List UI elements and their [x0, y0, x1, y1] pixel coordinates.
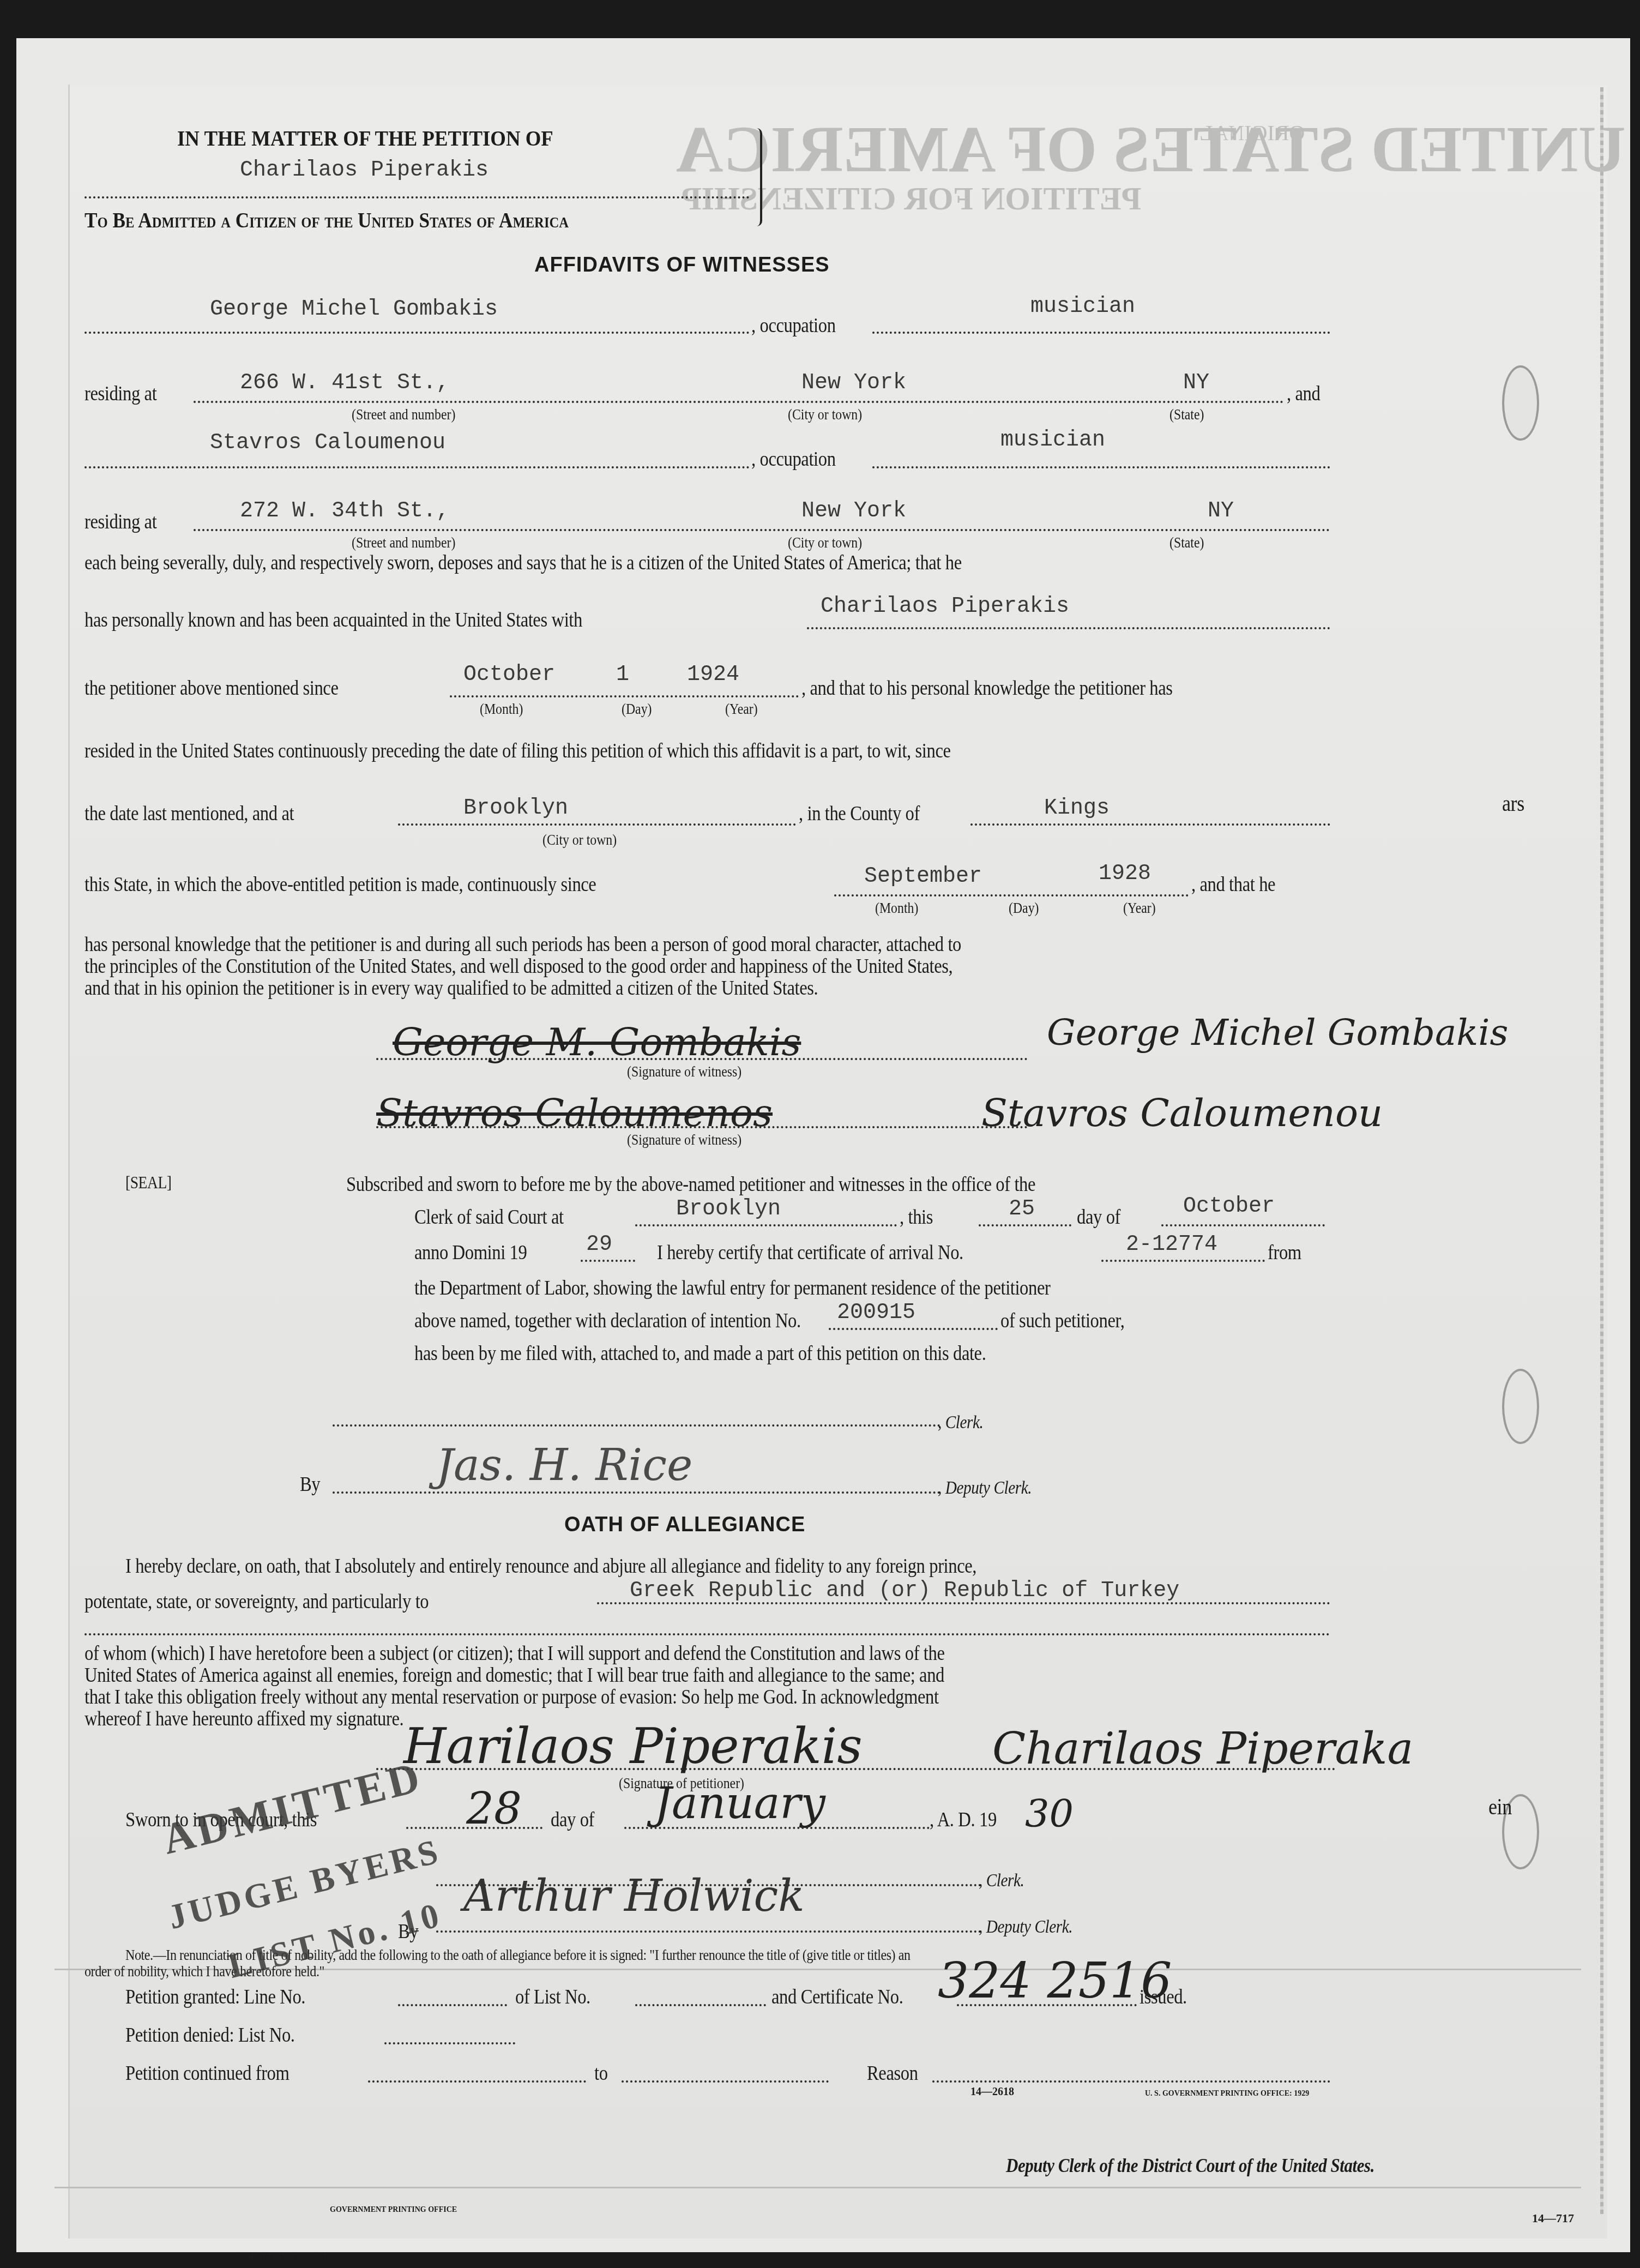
underline [85, 196, 750, 198]
matter-heading: IN THE MATTER OF THE PETITION OF [177, 125, 553, 151]
oath-line: of whom (which) I have heretofore been a… [85, 1641, 945, 1665]
disposition-line: issued. [1139, 1985, 1187, 2009]
deputy-clerk-signature: Arthur Holwick [463, 1870, 805, 1921]
underline [194, 529, 1330, 531]
jurat-line: , this [900, 1205, 933, 1229]
caption-city: (City or town) [542, 832, 617, 849]
resided-city: Brooklyn [463, 796, 568, 821]
deputy-line [333, 1491, 940, 1494]
underline [85, 1633, 1330, 1635]
caption-month: (Month) [480, 701, 523, 718]
sworn-line: , A. D. 19 [930, 1808, 997, 1832]
reason-field[interactable] [932, 2080, 1330, 2083]
body-line: this State, in which the above-entitled … [85, 873, 596, 897]
list-no-field[interactable] [635, 2004, 766, 2006]
witness2-occupation: musician [1000, 428, 1105, 453]
body-line: , in the County of [799, 802, 920, 826]
witness2-name: Stavros Caloumenou [210, 431, 445, 455]
witness1-occupation: musician [1030, 294, 1135, 319]
oath-line: whereof I have hereunto affixed my signa… [85, 1707, 403, 1731]
witness1-name: George Michel Gombakis [210, 297, 498, 322]
underline [872, 466, 1330, 468]
form-number: 14—2618 [970, 2086, 1014, 2098]
witness2-signature-struck: Stavros Caloumenos [376, 1091, 773, 1135]
ghost-title: UNITED STATES OF AMERICA [676, 112, 1625, 187]
seal-label: [SEAL] [125, 1172, 172, 1193]
jurat-line: has been by me filed with, attached to, … [414, 1341, 986, 1365]
underline [1161, 1224, 1325, 1226]
caption-sig-witness: (Signature of witness) [627, 1132, 741, 1149]
underline [635, 1224, 897, 1226]
continued-from-field[interactable] [368, 2080, 586, 2083]
jurat-line: of such petitioner, [1000, 1309, 1124, 1333]
since-month: October [463, 663, 555, 687]
clerk-line [333, 1424, 940, 1427]
body-line: , and that to his personal knowledge the… [801, 676, 1173, 700]
underline [597, 1602, 1330, 1604]
caption-state: (State) [1169, 534, 1204, 552]
residing-label: residing at [85, 510, 156, 534]
underline [1101, 1260, 1265, 1262]
ghost-original: ORIGINAL [1199, 120, 1305, 146]
underline [581, 1260, 635, 1262]
disposition-line: to [594, 2061, 608, 2085]
sworn-year: 30 [1025, 1791, 1074, 1836]
caption-sig-witness: (Signature of witness) [627, 1063, 741, 1081]
certificate-no-field[interactable] [957, 2004, 1137, 2006]
petitioner-signature-alt: Charilaos Piperaka [992, 1723, 1413, 1774]
fold-line [55, 2187, 1581, 2188]
caption-street: (Street and number) [352, 534, 455, 552]
jurat-line: the Department of Labor, showing the law… [414, 1276, 1050, 1300]
certificate-number: 324 2516 [938, 1952, 1172, 2010]
disposition-line: Petition continued from [125, 2061, 290, 2085]
underline [398, 823, 796, 826]
caption-city: (City or town) [788, 534, 862, 552]
clerk-label: , Clerk. [938, 1412, 983, 1433]
caption-state: (State) [1169, 406, 1204, 424]
body-line: the date last mentioned, and at [85, 802, 294, 826]
caption-street: (Street and number) [352, 406, 455, 424]
oath-line: that I take this obligation freely witho… [85, 1685, 939, 1709]
state-since-year: 1928 [1099, 862, 1151, 886]
printer-footer: GOVERNMENT PRINTING OFFICE [330, 2206, 457, 2215]
printer-line: U. S. GOVERNMENT PRINTING OFFICE: 1929 [1145, 2090, 1309, 2098]
brace [757, 128, 762, 226]
body-line: the petitioner above mentioned since [85, 676, 338, 700]
caption-year: (Year) [1123, 900, 1156, 917]
underline [829, 1328, 998, 1330]
body-line: has personal knowledge that the petition… [85, 933, 961, 956]
punch-hole [1502, 365, 1539, 441]
witness2-signature: Stavros Caloumenou [981, 1091, 1383, 1135]
signature-line [376, 1058, 1028, 1060]
underline [85, 332, 750, 334]
disposition-line: and Certificate No. [771, 1985, 903, 2009]
underline [979, 1224, 1071, 1226]
arrival-number: 2-12774 [1126, 1232, 1217, 1257]
line-no-field[interactable] [398, 2004, 507, 2006]
deputy-clerk-signature: Jas. H. Rice [436, 1440, 692, 1490]
oath-line: potentate, state, or sovereignty, and pa… [85, 1590, 429, 1614]
disposition-line: Petition denied: List No. [125, 2023, 295, 2047]
jurat-line: day of [1077, 1205, 1120, 1229]
renounced-sovereign: Greek Republic and (or) Republic of Turk… [630, 1579, 1179, 1603]
body-line: the principles of the Constitution of th… [85, 954, 952, 978]
since-day: 1 [616, 663, 629, 687]
oath-line: I hereby declare, on oath, that I absolu… [125, 1554, 976, 1578]
jurat-day: 25 [1009, 1197, 1035, 1222]
margin-fragment: ein [1488, 1794, 1512, 1820]
clerk-label: , Clerk. [979, 1870, 1024, 1891]
occupation-label: , occupation [751, 314, 836, 338]
since-year: 1924 [687, 663, 739, 687]
and-label: , and [1287, 382, 1320, 406]
body-line: resided in the United States continuousl… [85, 739, 951, 763]
jurat-line: above named, together with declaration o… [414, 1309, 801, 1333]
underline [872, 332, 1330, 334]
footer-form-number: 14—717 [1532, 2211, 1574, 2225]
caption-month: (Month) [875, 900, 918, 917]
body-line: and that in his opinion the petitioner i… [85, 976, 818, 1000]
acquainted-with-name: Charilaos Piperakis [821, 594, 1069, 619]
witness2-state: NY [1208, 499, 1234, 524]
punch-hole [1502, 1369, 1539, 1444]
body-line: has personally known and has been acquai… [85, 608, 582, 632]
declaration-number: 200915 [837, 1301, 915, 1325]
underline [834, 894, 1189, 897]
section-title: AFFIDAVITS OF WITNESSES [534, 254, 830, 277]
jurat-line: Subscribed and sworn to before me by the… [346, 1172, 1035, 1196]
admitted-heading: To Be Admitted a Citizen of the United S… [85, 207, 569, 233]
body-line: , and that he [1191, 873, 1275, 897]
caption-year: (Year) [725, 701, 758, 718]
underline [406, 1827, 542, 1829]
witness2-street: 272 W. 34th St., [240, 499, 449, 524]
witness1-state: NY [1183, 371, 1209, 395]
ghost-subtitle: PETITION FOR CITIZENSHIP [682, 180, 1142, 218]
underline [807, 627, 1330, 629]
petitioner-signature: Harilaos Piperakis [403, 1718, 863, 1775]
underline [624, 1827, 930, 1829]
margin-fragment: ars [1502, 791, 1524, 817]
continued-to-field[interactable] [622, 2080, 829, 2083]
underline [85, 466, 750, 468]
signature-line [376, 1126, 1028, 1128]
jurat-line: from [1268, 1241, 1301, 1265]
disposition-line: Reason [867, 2061, 918, 2085]
witness2-city: New York [801, 499, 906, 524]
document-sheet [16, 38, 1630, 2252]
witness1-signature: George Michel Gombakis [1047, 1012, 1508, 1054]
sworn-month: January [654, 1778, 825, 1828]
caption-day: (Day) [622, 701, 652, 718]
witness1-city: New York [801, 371, 906, 395]
oath-title: OATH OF ALLEGIANCE [564, 1513, 805, 1537]
jurat-year: 29 [586, 1232, 612, 1257]
underline [194, 401, 1284, 403]
printer-footer: GOVERNMENT PRINTING OFFICE [210, 2252, 337, 2261]
disposition-line: Petition granted: Line No. [125, 1985, 305, 2009]
jurat-line: anno Domini 19 [414, 1241, 527, 1265]
caption-city: (City or town) [788, 406, 862, 424]
residing-label: residing at [85, 382, 156, 406]
underline [450, 695, 799, 697]
court-city: Brooklyn [676, 1197, 781, 1222]
deputy-clerk-footer: Deputy Clerk of the District Court of th… [1006, 2154, 1374, 2177]
jurat-line: I hereby certify that certificate of arr… [657, 1241, 963, 1265]
deputy-clerk-label: , Deputy Clerk. [938, 1478, 1032, 1499]
jurat-month: October [1183, 1194, 1275, 1219]
occupation-label: , occupation [751, 447, 836, 471]
body-line: each being severally, duly, and respecti… [85, 551, 962, 575]
underline [970, 823, 1330, 826]
jurat-line: Clerk of said Court at [414, 1205, 564, 1229]
perforated-edge [1600, 87, 1603, 2214]
caption-day: (Day) [1009, 900, 1039, 917]
oath-line: United States of America against all ene… [85, 1663, 944, 1687]
petitioner-name: Charilaos Piperakis [240, 158, 489, 183]
deputy-line [436, 1930, 981, 1933]
denied-list-field[interactable] [384, 2042, 515, 2044]
county: Kings [1044, 796, 1110, 821]
by-label: By [300, 1472, 320, 1496]
witness1-street: 266 W. 41st St., [240, 371, 449, 395]
state-since-month: September [864, 864, 982, 889]
deputy-clerk-label: , Deputy Clerk. [979, 1917, 1072, 1938]
disposition-line: of List No. [515, 1985, 590, 2009]
sworn-line: day of [551, 1808, 594, 1832]
signature-line [376, 1768, 1336, 1770]
